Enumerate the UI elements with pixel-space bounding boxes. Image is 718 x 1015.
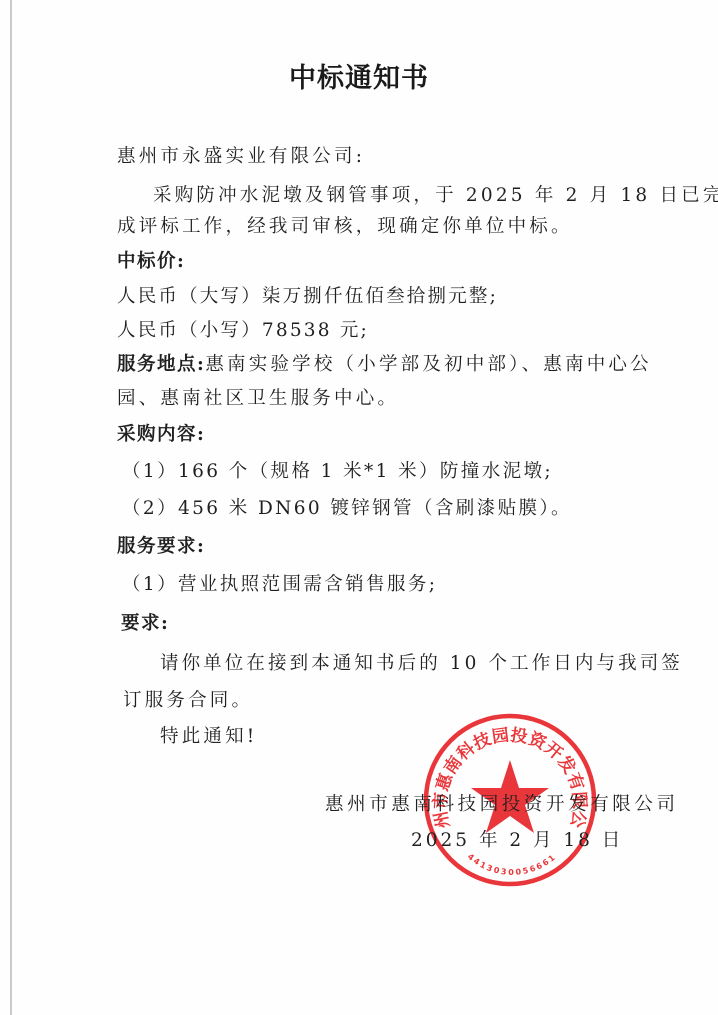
procurement-label: 采购内容: xyxy=(117,420,205,446)
issuer-name: 惠州市惠南科技园投资开发有限公司 xyxy=(325,790,679,816)
requirement-label: 要求: xyxy=(121,609,169,635)
procurement-item-2: （2）456 米 DN60 镀锌钢管（含刷漆贴膜）。 xyxy=(122,494,572,520)
service-requirements-label: 服务要求: xyxy=(117,532,205,558)
recipient: 惠州市永盛实业有限公司: xyxy=(117,142,365,168)
issue-date: 2025 年 2 月 18 日 xyxy=(411,826,623,852)
intro-line-1: 采购防冲水泥墩及钢管事项，于 2025 年 2 月 18 日已完 xyxy=(153,181,718,207)
requirement-line-1: 请你单位在接到本通知书后的 10 个工作日内与我司签 xyxy=(160,649,683,675)
service-requirement-item-1: （1）营业执照范围需含销售服务; xyxy=(122,570,437,596)
service-location-label: 服务地点: xyxy=(117,354,205,375)
svg-text:4413030056661: 4413030056661 xyxy=(466,852,559,877)
price-label: 中标价: xyxy=(117,247,185,273)
service-location: 服务地点:惠南实验学校（小学部及初中部）、惠南中心公 xyxy=(117,350,652,376)
service-location-line-1: 惠南实验学校（小学部及初中部）、惠南中心公 xyxy=(205,354,651,375)
intro-line-2: 成评标工作，经我司审核，现确定你单位中标。 xyxy=(117,212,573,238)
price-lowercase: 人民币（小写）78538 元; xyxy=(117,316,369,342)
price-uppercase: 人民币（大写）柒万捌仟伍佰叁拾捌元整; xyxy=(117,282,498,308)
requirement-line-2: 订服务合同。 xyxy=(123,686,253,712)
service-location-line-2: 园、惠南社区卫生服务中心。 xyxy=(117,384,399,410)
document-page: 中标通知书 惠州市永盛实业有限公司: 采购防冲水泥墩及钢管事项，于 2025 年… xyxy=(0,0,718,1015)
procurement-item-1: （1）166 个（规格 1 米*1 米）防撞水泥墩; xyxy=(122,457,553,483)
scan-edge-line xyxy=(10,0,12,1015)
closing-notice: 特此通知! xyxy=(160,722,257,748)
document-title: 中标通知书 xyxy=(0,56,718,95)
